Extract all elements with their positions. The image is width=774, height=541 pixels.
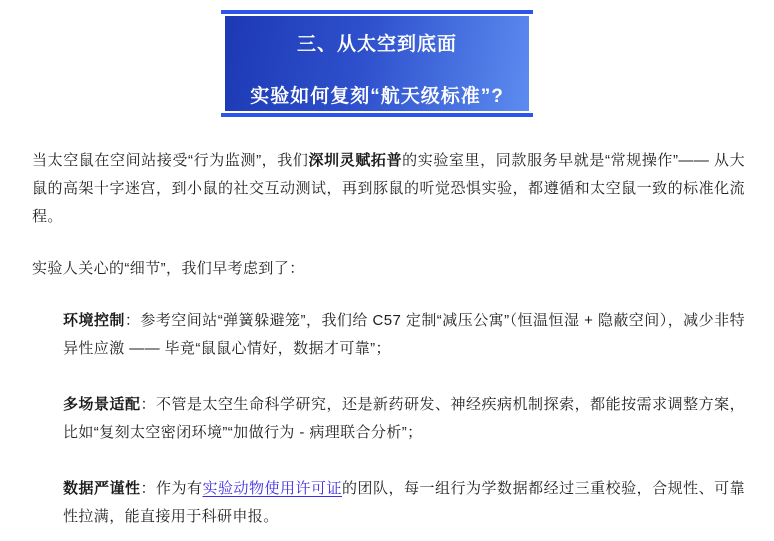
bullet-data-rigor: 数据严谨性：作为有实验动物使用许可证的团队，每一组行为学数据都经过三重校验，合规… <box>63 475 745 531</box>
article-body: 当太空鼠在空间站接受“行为监测”，我们深圳灵赋拓普的实验室里，同款服务早就是“常… <box>32 147 745 531</box>
company-name-bold: 深圳灵赋拓普 <box>309 152 403 169</box>
banner-title-line1: 三、从太空到底面 <box>225 29 529 56</box>
bullet-env-label: 环境控制 <box>63 312 125 329</box>
bullet-scenario-label: 多场景适配 <box>63 396 141 413</box>
bullet-list: 环境控制：参考空间站“弹簧躲避笼”，我们给 C57 定制“减压公寓”（恒温恒湿 … <box>32 307 745 531</box>
lead-paragraph: 实验人关心的“细节”，我们早考虑到了： <box>32 255 745 283</box>
banner-bottom-rule <box>221 113 533 117</box>
bullet-env-text: ：参考空间站“弹簧躲避笼”，我们给 C57 定制“减压公寓”（恒温恒湿 + 隐蔽… <box>63 312 745 357</box>
header-banner: 三、从太空到底面 实验如何复刻“航天级标准”? <box>225 10 529 117</box>
bullet-scenario-text: ：不管是太空生命科学研究，还是新药研发、神经疾病机制探索，都能按需求调整方案，比… <box>63 396 745 441</box>
intro-paragraph: 当太空鼠在空间站接受“行为监测”，我们深圳灵赋拓普的实验室里，同款服务早就是“常… <box>32 147 745 231</box>
animal-use-license-link[interactable]: 实验动物使用许可证 <box>203 480 343 497</box>
intro-text-1: 当太空鼠在空间站接受“行为监测”，我们 <box>32 152 309 169</box>
bullet-rigor-label: 数据严谨性 <box>63 480 141 497</box>
banner-top-rule <box>221 10 533 14</box>
banner-body: 三、从太空到底面 实验如何复刻“航天级标准”? <box>225 16 529 111</box>
bullet-rigor-text-before: ：作为有 <box>141 480 203 497</box>
banner-title-line2: 实验如何复刻“航天级标准”? <box>225 81 529 108</box>
bullet-environment-control: 环境控制：参考空间站“弹簧躲避笼”，我们给 C57 定制“减压公寓”（恒温恒湿 … <box>63 307 745 363</box>
bullet-multi-scenario: 多场景适配：不管是太空生命科学研究，还是新药研发、神经疾病机制探索，都能按需求调… <box>63 391 745 447</box>
